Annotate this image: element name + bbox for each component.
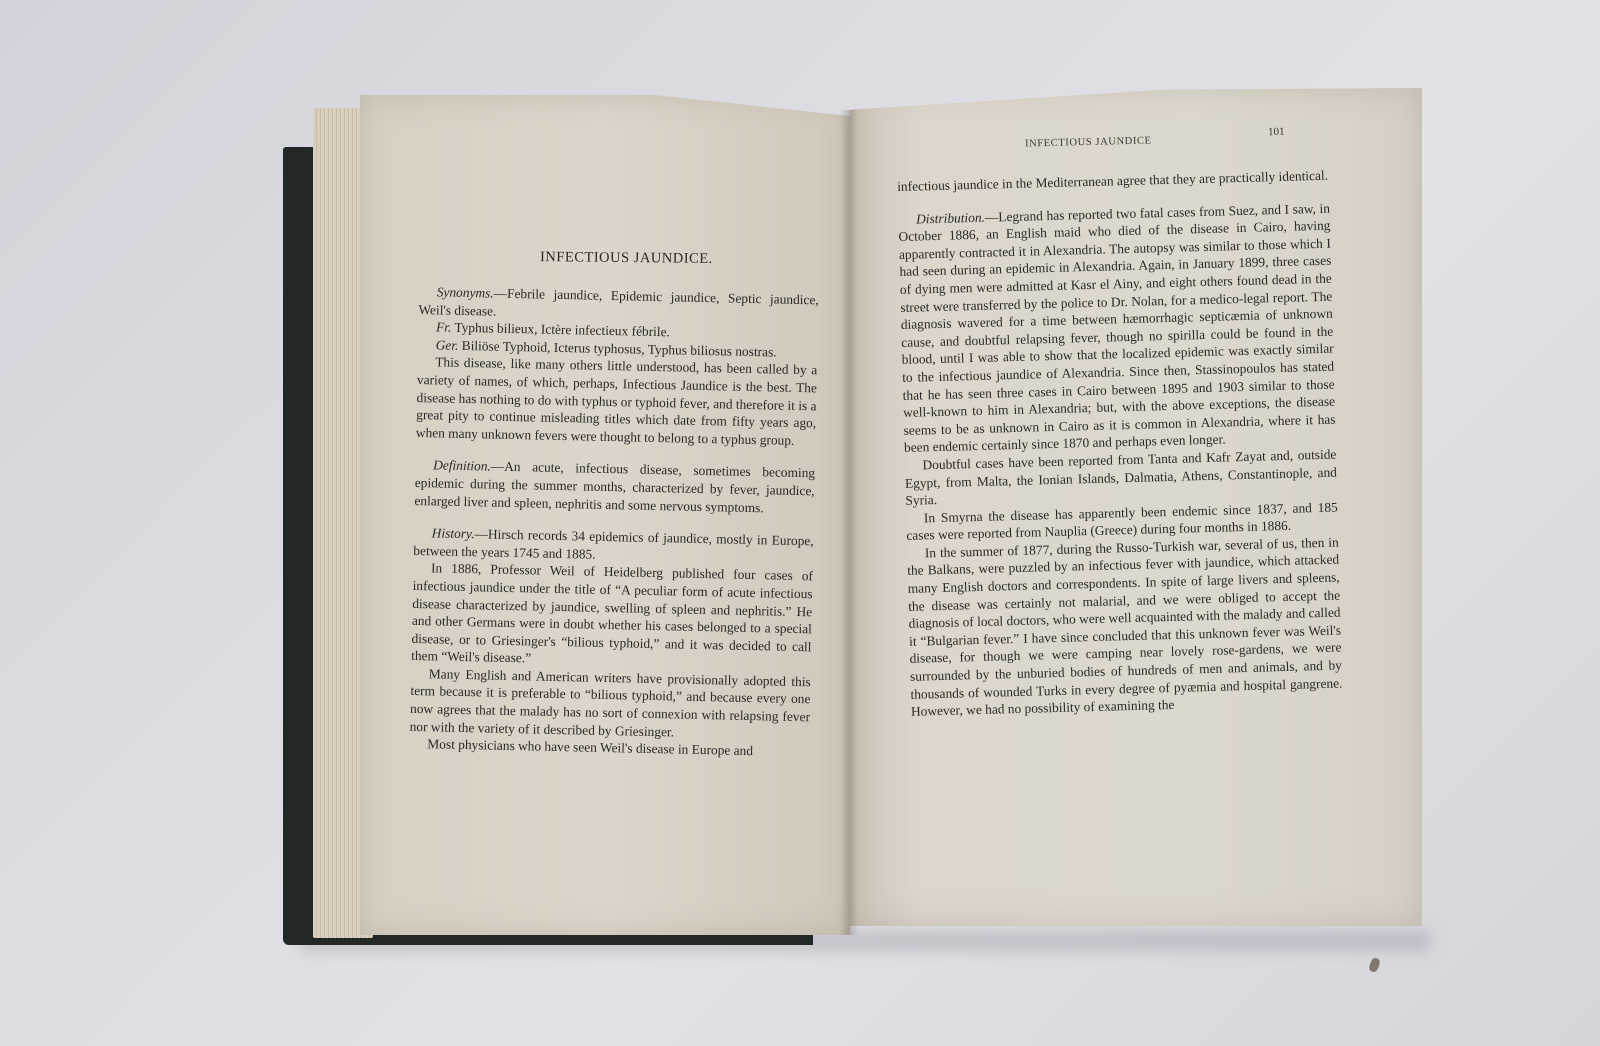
adoption-paragraph: Many English and American writers have p… xyxy=(410,665,811,744)
left-page-text: Synonyms.—Febrile jaundice, Epidemic jau… xyxy=(409,283,819,761)
page-number: 101 xyxy=(1268,126,1285,138)
distribution-paragraph: Distribution.—Legrand has reported two f… xyxy=(898,199,1336,457)
balkans-paragraph: In the summer of 1877, during the Russo-… xyxy=(907,533,1343,720)
photo-scene: ⁄ / INFECTIOUS JAUNDICE. Synonyms.—Febri… xyxy=(0,0,1600,1046)
weil-paragraph: In 1886, Professor Weil of Heidelberg pu… xyxy=(411,559,813,673)
debris-speck xyxy=(1368,957,1381,973)
intro-paragraph: This disease, like many others little un… xyxy=(416,353,818,449)
chapter-title: INFECTIOUS JAUNDICE. xyxy=(540,249,713,268)
definition-paragraph: Definition.—An acute, infectious disease… xyxy=(414,456,815,517)
right-page-text: infectious jaundice in the Mediterranean… xyxy=(897,167,1343,721)
book-gutter xyxy=(840,110,858,935)
